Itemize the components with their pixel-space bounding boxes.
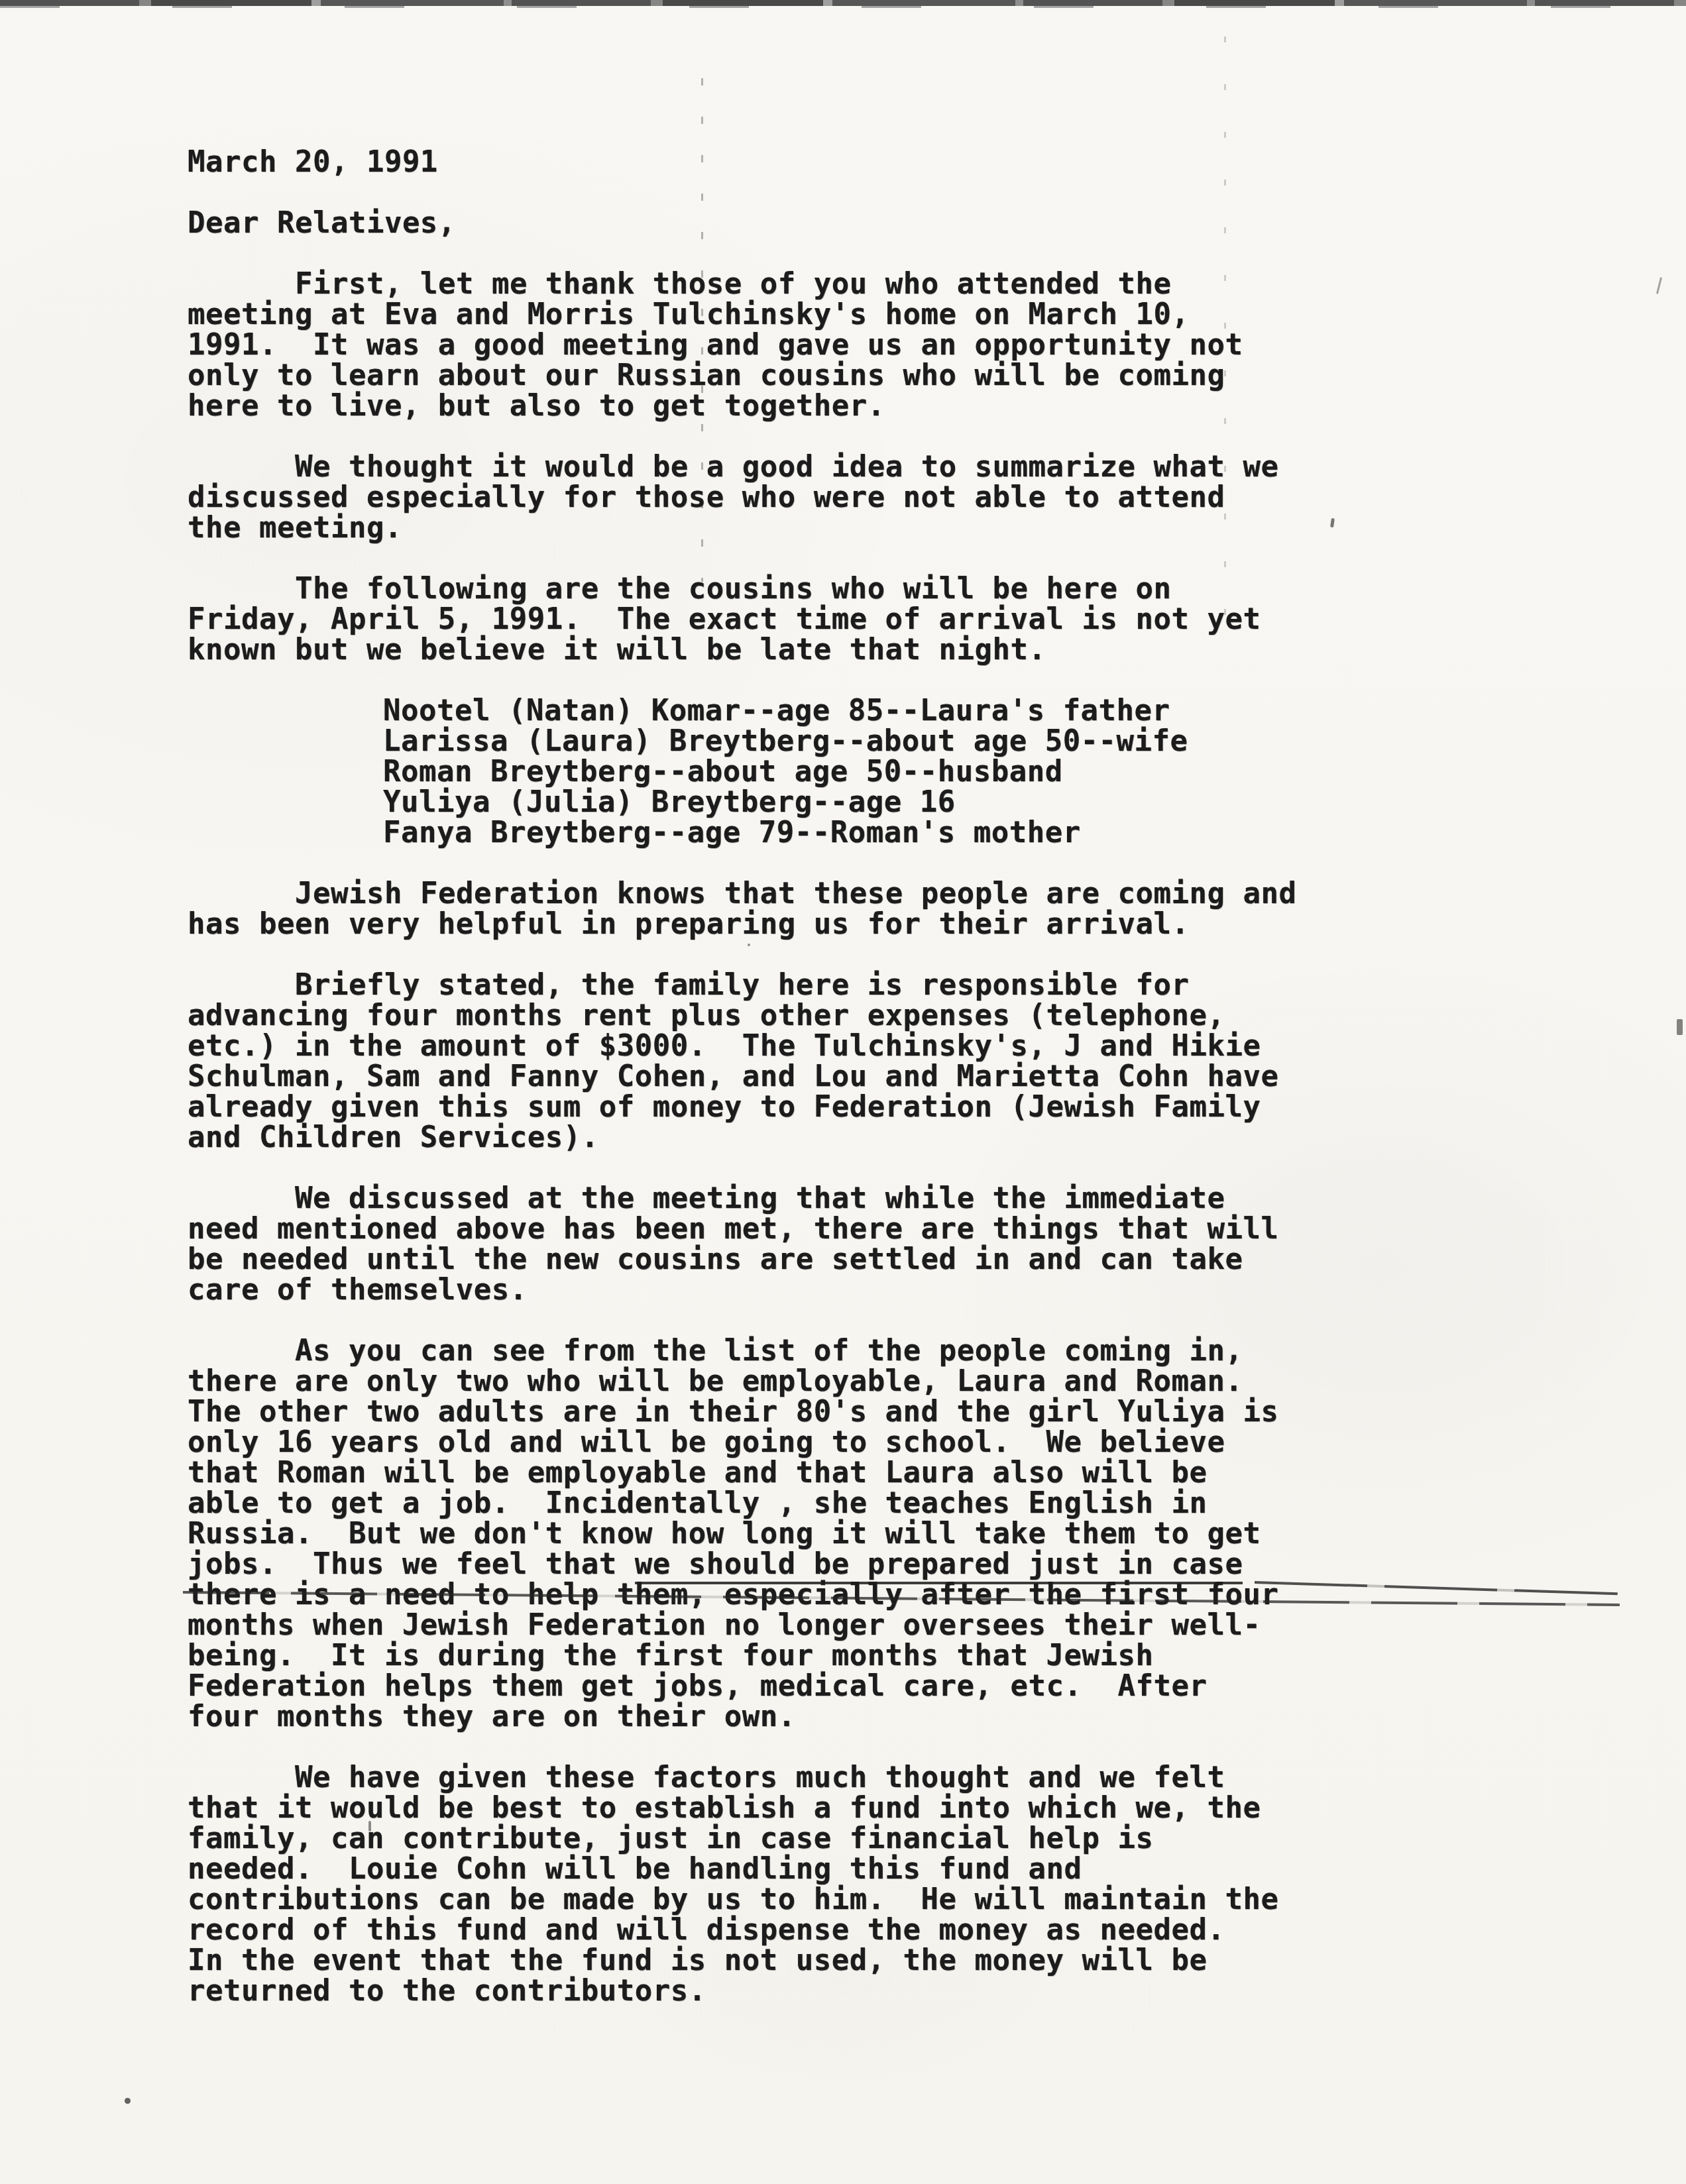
paragraph-summary-purpose: We thought it would be a good idea to su… (188, 452, 1487, 543)
paragraph-thanks-meeting: First, let me thank those of you who att… (188, 269, 1487, 421)
salutation: Dear Relatives, (188, 208, 1487, 239)
paragraph-ongoing-needs: We discussed at the meeting that while t… (188, 1183, 1487, 1305)
paragraph-fund: We have given these factors much thought… (188, 1763, 1487, 2006)
scan-speck (125, 2098, 131, 2104)
scanned-letter-page: March 20, 1991 Dear Relatives, First, le… (0, 0, 1686, 2184)
scan-speck (748, 944, 750, 946)
paragraph-employability: As you can see from the list of the peop… (188, 1336, 1487, 1732)
scan-artifact-top-edge (0, 0, 1686, 6)
letter-body: March 20, 1991 Dear Relatives, First, le… (188, 147, 1487, 2006)
cousins-list: Nootel (Natan) Komar--age 85--Laura's fa… (188, 696, 1487, 848)
paragraph-jewish-federation: Jewish Federation knows that these peopl… (188, 879, 1487, 940)
scan-speck (368, 1821, 371, 1831)
scan-speck (1677, 1019, 1683, 1035)
paragraph-arrival-info: The following are the cousins who will b… (188, 574, 1487, 665)
paragraph-rent-responsibility: Briefly stated, the family here is respo… (188, 970, 1487, 1153)
letter-date: March 20, 1991 (188, 147, 1487, 178)
scan-speck (1656, 277, 1662, 294)
paragraph-employability-before: As you can see from the list of the peop… (188, 1334, 1278, 1581)
